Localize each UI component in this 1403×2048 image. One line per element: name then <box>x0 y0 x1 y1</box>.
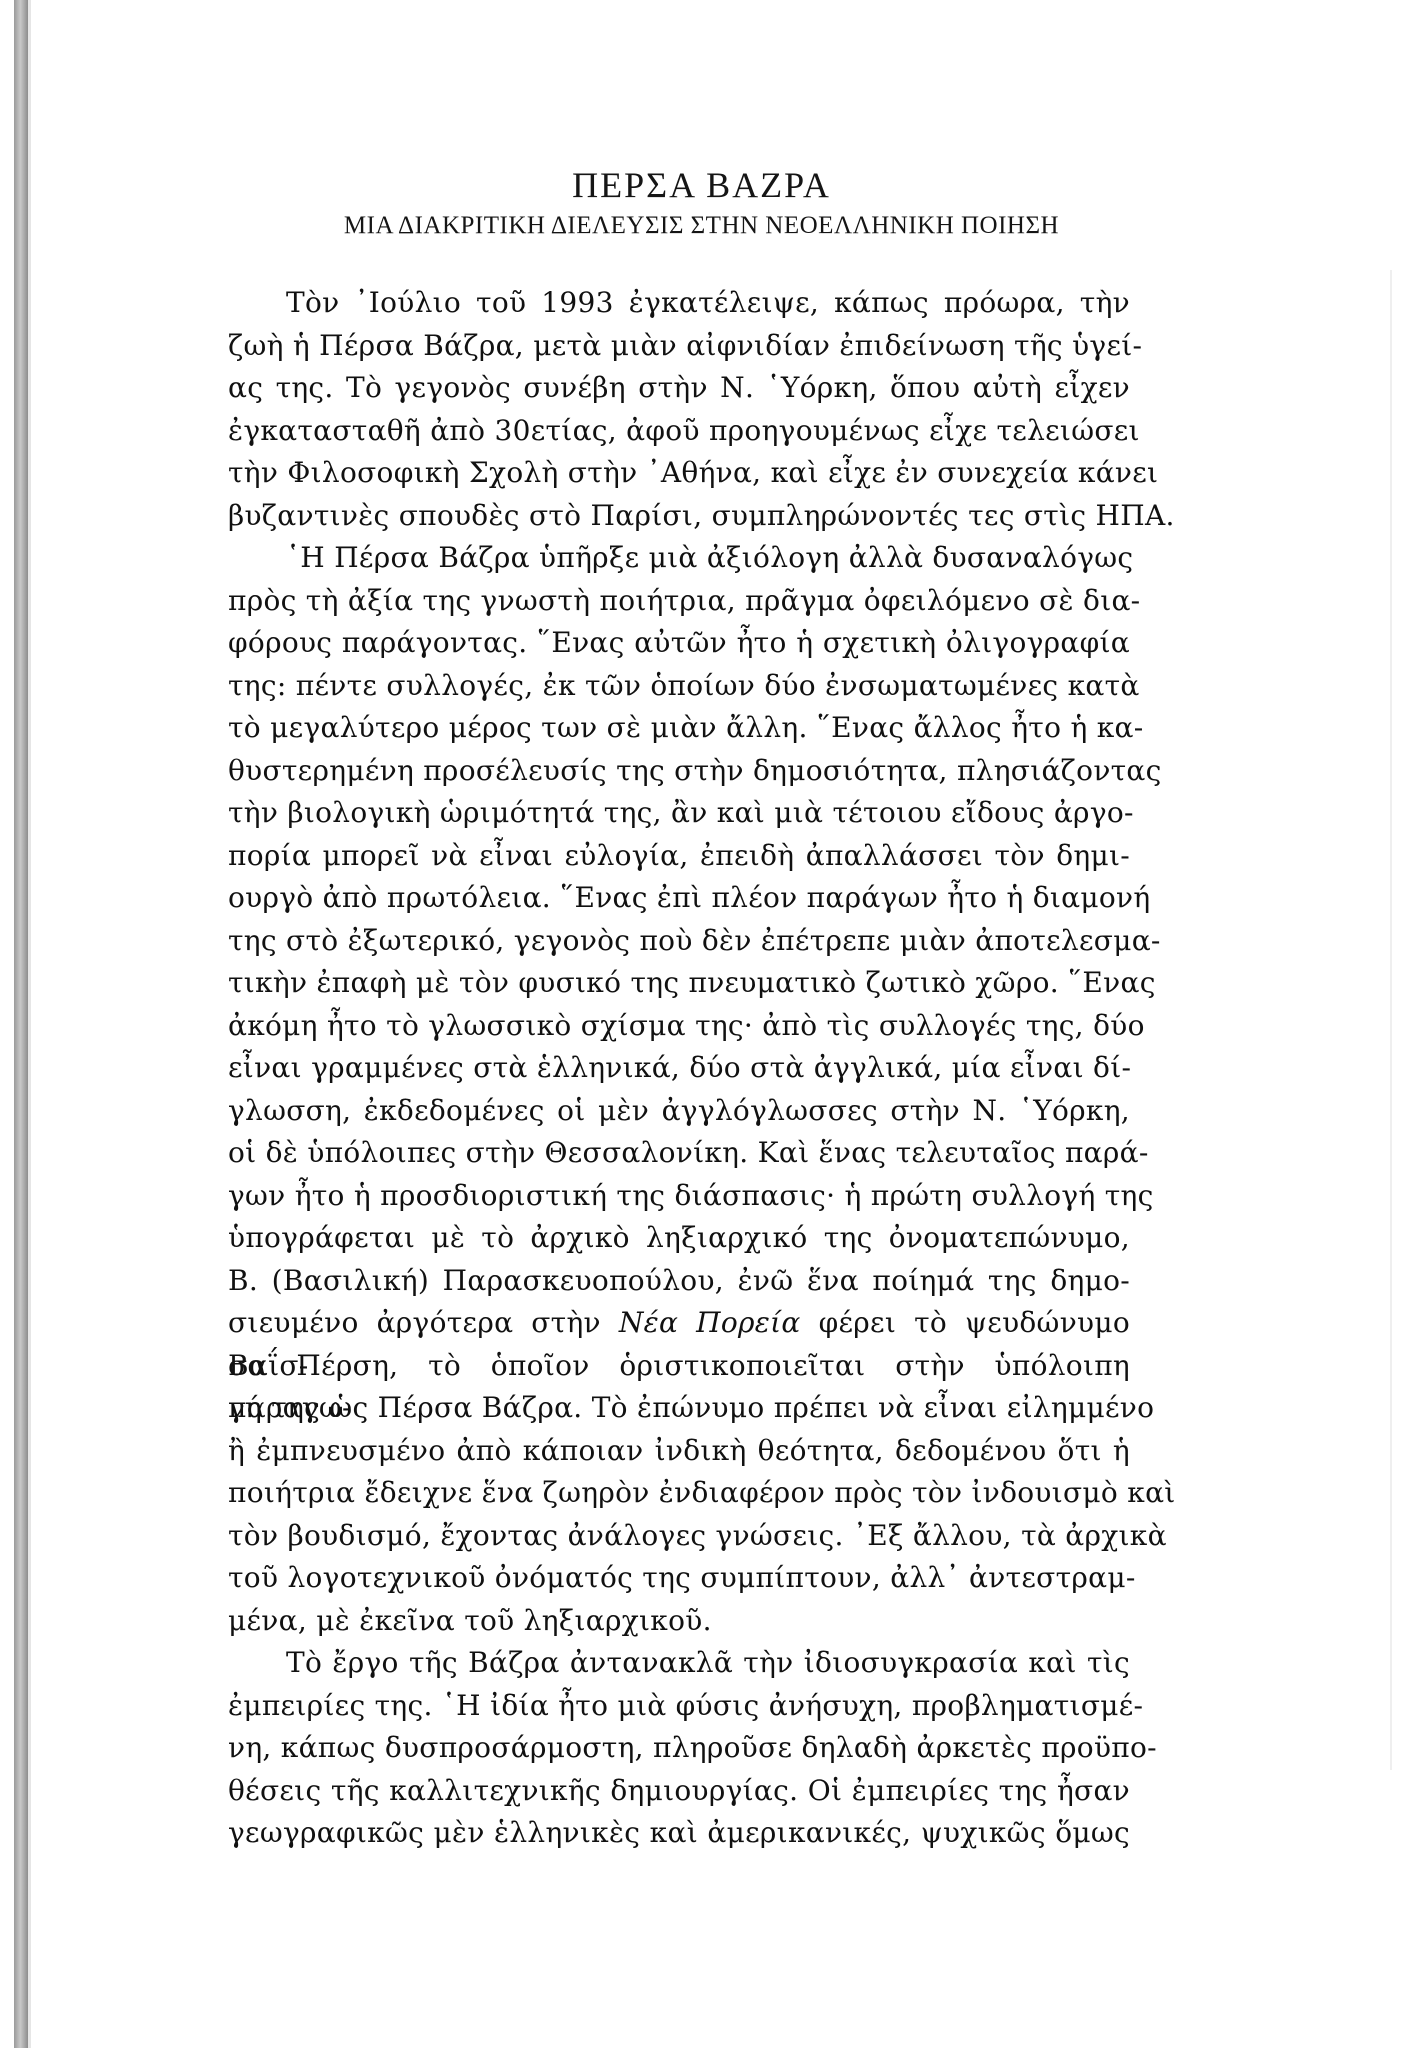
text-line: ζωὴ ἡ Πέρσα Βάζρα, μετὰ μιὰν αἰφνιδίαν ἐ… <box>228 325 1130 368</box>
text-line: πορία μπορεῖ νὰ εἶναι εὐλογία, ἐπειδὴ ἀπ… <box>228 835 1130 878</box>
text-line: σιευμένο ἀργότερα στὴν Νέα Πορεία φέρει … <box>228 1302 1130 1345</box>
text-line: γλωσση, ἐκδεδομένες οἱ μὲν ἀγγλόγλωσσες … <box>228 1090 1130 1133</box>
text-line: ας της. Τὸ γεγονὸς συνέβη στὴν Ν. ῾Υόρκη… <box>228 367 1130 410</box>
text-line: ὑπογράφεται μὲ τὸ ἀρχικὸ ληξιαρχικό της … <box>228 1217 1130 1260</box>
text-line: ἐμπειρίες της. ῾Η ἰδία ἦτο μιὰ φύσις ἀνή… <box>228 1685 1130 1728</box>
text-line: Τὸ ἔργο τῆς Βάζρα ἀντανακλᾶ τὴν ἰδιοσυγκ… <box>228 1642 1130 1685</box>
article-body: Τὸν ᾿Ιούλιο τοῦ 1993 ἐγκατέλειψε, κάπως … <box>228 282 1130 1855</box>
text-line: ἢ ἐμπνευσμένο ἀπὸ κάποιαν ἰνδικὴ θεότητα… <box>228 1430 1130 1473</box>
text-line: Τὸν ᾿Ιούλιο τοῦ 1993 ἐγκατέλειψε, κάπως … <box>228 282 1130 325</box>
article-subtitle: ΜΙΑ ΔΙΑΚΡΙΤΙΚΗ ΔΙΕΛΕΥΣΙΣ ΣΤΗΝ ΝΕΟΕΛΛΗΝΙΚ… <box>0 212 1403 240</box>
text-line: τὴν βιολογικὴ ὡριμότητά της, ἂν καὶ μιὰ … <box>228 792 1130 835</box>
text-line: μένα, μὲ ἐκεῖνα τοῦ ληξιαρχικοῦ. <box>228 1600 1130 1643</box>
text-line: της: πέντε συλλογές, ἐκ τῶν ὁποίων δύο ἐ… <box>228 665 1130 708</box>
page-right-edge <box>1390 270 1392 1770</box>
text-line: τικὴν ἐπαφὴ μὲ τὸν φυσικό της πνευματικὸ… <box>228 962 1130 1005</box>
journal-title: Νέα Πορεία <box>619 1306 801 1339</box>
text-line: πρὸς τὴ ἀξία της γνωστὴ ποιήτρια, πρᾶγμα… <box>228 580 1130 623</box>
text-line: Β. (Βασιλική) Παρασκευοπούλου, ἐνῶ ἕνα π… <box>228 1260 1130 1303</box>
text-line: φόρους παράγοντας. ῞Ενας αὐτῶν ἦτο ἡ σχε… <box>228 622 1130 665</box>
text-line: τὸ μεγαλύτερο μέρος των σὲ μιὰν ἄλλη. ῞Ε… <box>228 707 1130 750</box>
text-line: τοῦ λογοτεχνικοῦ ὀνόματός της συμπίπτουν… <box>228 1557 1130 1600</box>
text-line: οἱ δὲ ὑπόλοιπες στὴν Θεσσαλονίκη. Καὶ ἕν… <box>228 1132 1130 1175</box>
text-line: θυστερημένη προσέλευσίς της στὴν δημοσιό… <box>228 750 1130 793</box>
text-line: τὸν βουδισμό, ἔχοντας ἀνάλογες γνώσεις. … <box>228 1515 1130 1558</box>
text-line: εἶναι γραμμένες στὰ ἑλληνικά, δύο στὰ ἀγ… <box>228 1047 1130 1090</box>
text-line: σα Πέρση, τὸ ὁποῖον ὁριστικοποιεῖται στὴ… <box>228 1345 1130 1388</box>
text-line: ἀκόμη ἦτο τὸ γλωσσικὸ σχίσμα της· ἀπὸ τὶ… <box>228 1005 1130 1048</box>
page-gutter-shadow <box>14 0 28 2048</box>
text-line: νη, κάπως δυσπροσάρμοστη, πληροῦσε δηλαδ… <box>228 1727 1130 1770</box>
page-gutter-edge <box>28 0 31 2048</box>
text-line: τὴν Φιλοσοφικὴ Σχολὴ στὴν ᾿Αθήνα, καὶ εἶ… <box>228 452 1130 495</box>
text-line: ἐγκατασταθῆ ἀπὸ 30ετίας, ἀφοῦ προηγουμέν… <box>228 410 1130 453</box>
text-line: γων ἦτο ἡ προσδιοριστική της διάσπασις· … <box>228 1175 1130 1218</box>
text-line: ποιήτρια ἔδειχνε ἕνα ζωηρὸν ἐνδιαφέρον π… <box>228 1472 1130 1515</box>
text-line: θέσεις τῆς καλλιτεχνικῆς δημιουργίας. Οἱ… <box>228 1770 1130 1813</box>
text-line: ουργὸ ἀπὸ πρωτόλεια. ῞Ενας ἐπὶ πλέον παρ… <box>228 877 1130 920</box>
text-line: βυζαντινὲς σπουδὲς στὸ Παρίσι, συμπληρών… <box>228 495 1130 538</box>
text-segment: σα <box>228 1349 267 1382</box>
text-line: γεωγραφικῶς μὲν ἑλληνικὲς καὶ ἀμερικανικ… <box>228 1812 1130 1855</box>
text-line: ῾Η Πέρσα Βάζρα ὑπῆρξε μιὰ ἀξιόλογη ἀλλὰ … <box>228 537 1130 580</box>
text-segment: σιευμένο ἀργότερα στὴν <box>228 1306 601 1339</box>
text-line: της στὸ ἐξωτερικό, γεγονὸς ποὺ δὲν ἐπέτρ… <box>228 920 1130 963</box>
article-title: ΠΕΡΣΑ ΒΑΖΡΑ <box>0 164 1403 206</box>
text-line: γή της ὡς Πέρσα Βάζρα. Τὸ ἐπώνυμο πρέπει… <box>228 1387 1130 1430</box>
